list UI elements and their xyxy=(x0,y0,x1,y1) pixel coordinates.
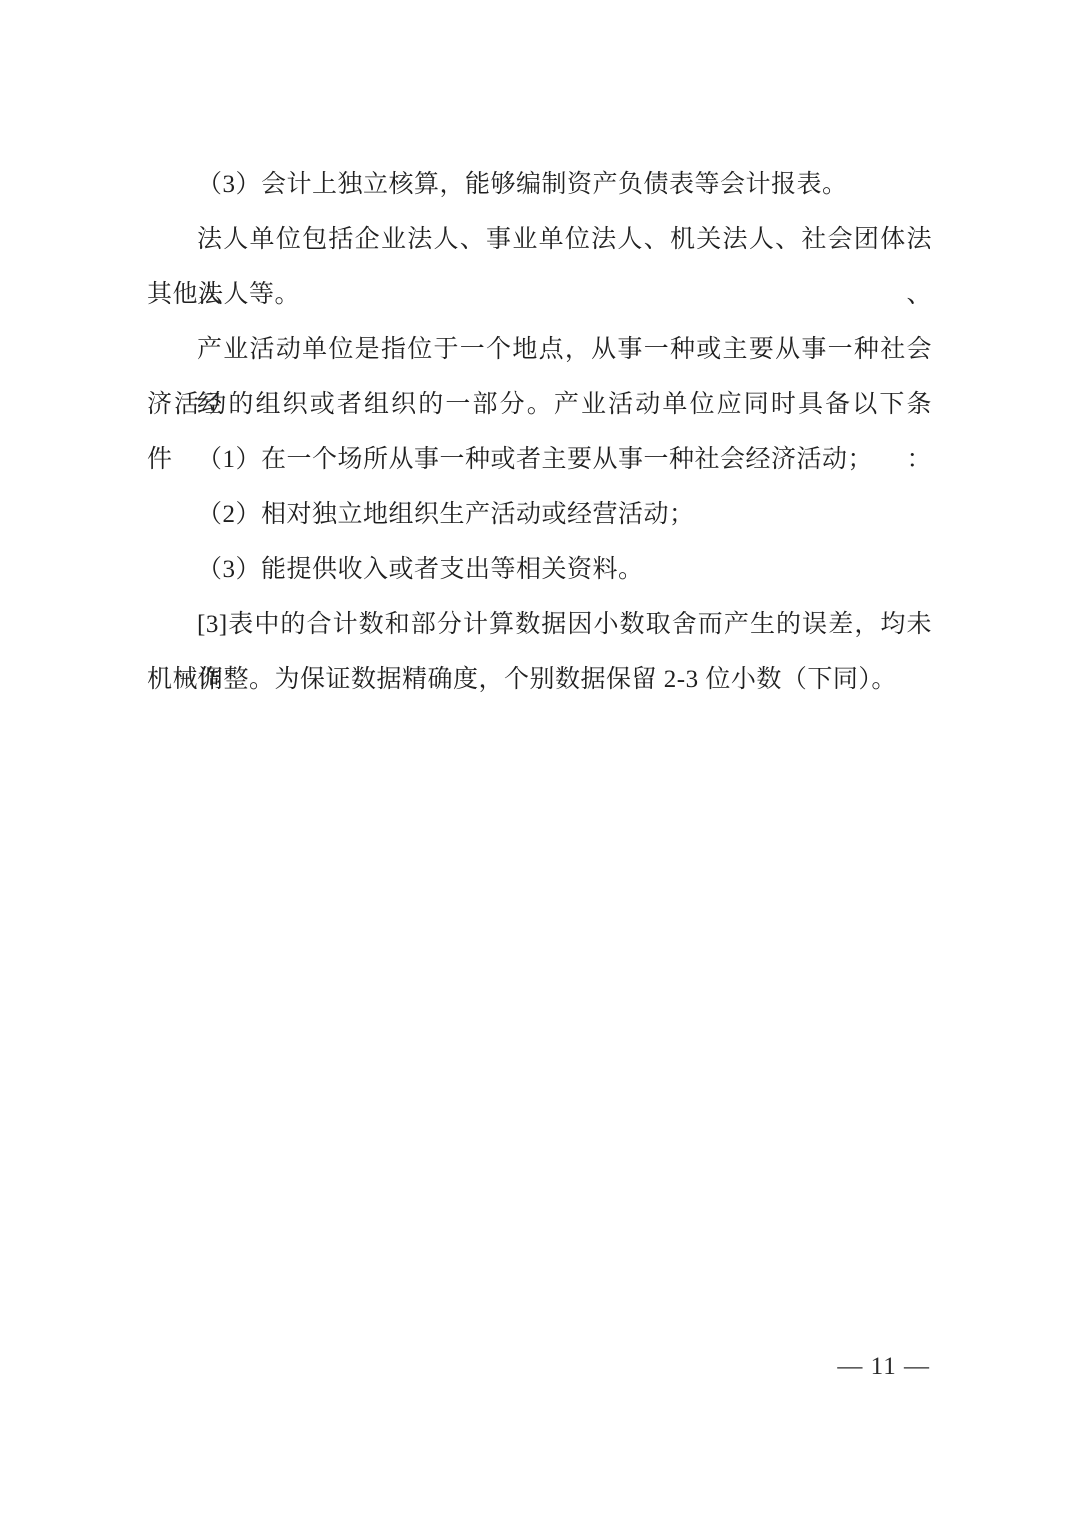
text-line: （3）会计上独立核算，能够编制资产负债表等会计报表。 xyxy=(147,157,932,212)
page-number: — 11 — xyxy=(837,1350,930,1384)
document-page: （3）会计上独立核算，能够编制资产负债表等会计报表。法人单位包括企业法人、事业单… xyxy=(0,0,1074,1520)
text-line: （3）能提供收入或者支出等相关资料。 xyxy=(147,542,932,597)
text-line: 产业活动单位是指位于一个地点，从事一种或主要从事一种社会经 xyxy=(147,322,932,377)
text-line: 机械调整。为保证数据精确度，个别数据保留 2-3 位小数（下同）。 xyxy=(147,652,932,707)
text-line: 法人单位包括企业法人、事业单位法人、机关法人、社会团体法人、 xyxy=(147,212,932,267)
text-line: [3]表中的合计数和部分计算数据因小数取舍而产生的误差，均未作 xyxy=(147,597,932,652)
text-line: 济活动的组织或者组织的一部分。产业活动单位应同时具备以下条件： xyxy=(147,377,932,432)
document-body: （3）会计上独立核算，能够编制资产负债表等会计报表。法人单位包括企业法人、事业单… xyxy=(147,157,932,707)
text-line: （1）在一个场所从事一种或者主要从事一种社会经济活动； xyxy=(147,432,932,487)
text-line: （2）相对独立地组织生产活动或经营活动； xyxy=(147,487,932,542)
